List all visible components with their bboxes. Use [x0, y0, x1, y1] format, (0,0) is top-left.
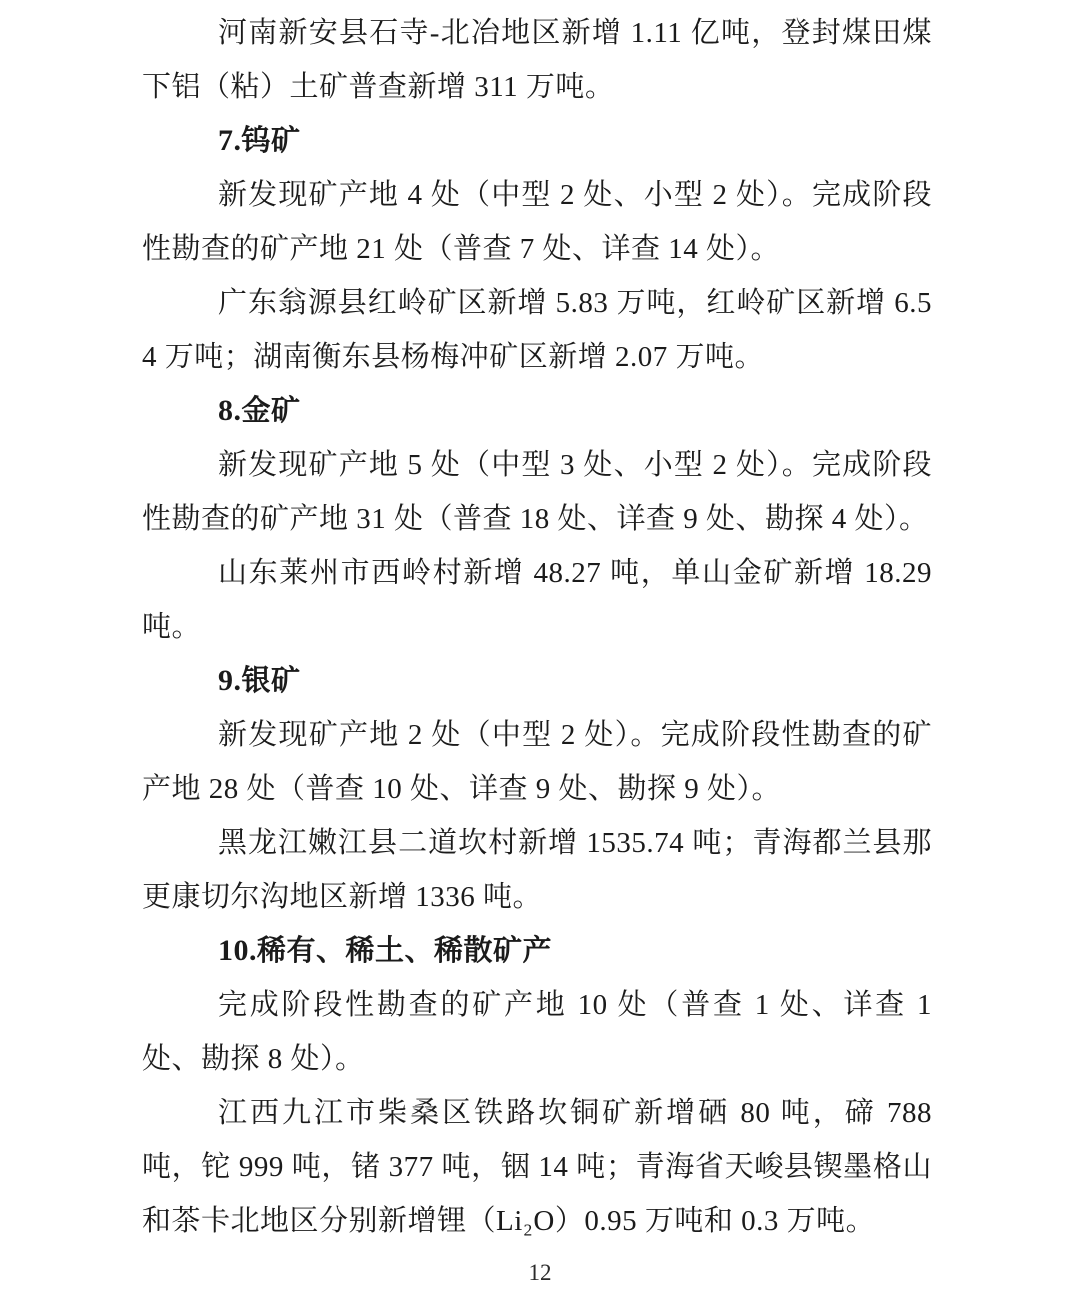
section-number: 9. — [218, 664, 242, 697]
paragraph-silver-increases: 黑龙江嫩江县二道坎村新增 1535.74 吨；青海都兰县那更康切尔沟地区新增 1… — [142, 816, 932, 924]
section-number: 7. — [218, 124, 242, 157]
paragraph-coal-bauxite-continued: 河南新安县石寺-北冶地区新增 1.11 亿吨，登封煤田煤下铝（粘）土矿普查新增 … — [142, 6, 932, 114]
section-heading-silver: 9.银矿 — [142, 654, 932, 708]
section-title: 银矿 — [242, 665, 301, 697]
page-number: 12 — [0, 1258, 1080, 1288]
paragraph-rare-metals-exploration: 完成阶段性勘查的矿产地 10 处（普查 1 处、详查 1 处、勘探 8 处）。 — [142, 978, 932, 1086]
section-heading-gold: 8.金矿 — [142, 384, 932, 438]
section-title: 稀有、稀土、稀散矿产 — [257, 935, 552, 967]
section-number: 8. — [218, 394, 242, 427]
section-title: 金矿 — [242, 395, 301, 427]
paragraph-tungsten-increases: 广东翁源县红岭矿区新增 5.83 万吨，红岭矿区新增 6.54 万吨；湖南衡东县… — [142, 276, 932, 384]
paragraph-gold-increases: 山东莱州市西岭村新增 48.27 吨，单山金矿新增 18.29 吨。 — [142, 546, 932, 654]
page-body: 河南新安县石寺-北冶地区新增 1.11 亿吨，登封煤田煤下铝（粘）土矿普查新增 … — [142, 6, 932, 1248]
paragraph-rare-metals-increases: 江西九江市柴桑区铁路坎铜矿新增硒 80 吨，碲 788 吨，铊 999 吨，锗 … — [142, 1086, 932, 1248]
section-title: 钨矿 — [242, 125, 301, 157]
document-page: 河南新安县石寺-北冶地区新增 1.11 亿吨，登封煤田煤下铝（粘）土矿普查新增 … — [0, 0, 1080, 1311]
paragraph-silver-discoveries: 新发现矿产地 2 处（中型 2 处）。完成阶段性勘查的矿产地 28 处（普查 1… — [142, 708, 932, 816]
section-number: 10. — [218, 934, 257, 967]
section-heading-rare-metals: 10.稀有、稀土、稀散矿产 — [142, 924, 932, 978]
section-heading-tungsten: 7.钨矿 — [142, 114, 932, 168]
paragraph-gold-discoveries: 新发现矿产地 5 处（中型 3 处、小型 2 处）。完成阶段性勘查的矿产地 31… — [142, 438, 932, 546]
paragraph-tungsten-discoveries: 新发现矿产地 4 处（中型 2 处、小型 2 处）。完成阶段性勘查的矿产地 21… — [142, 168, 932, 276]
